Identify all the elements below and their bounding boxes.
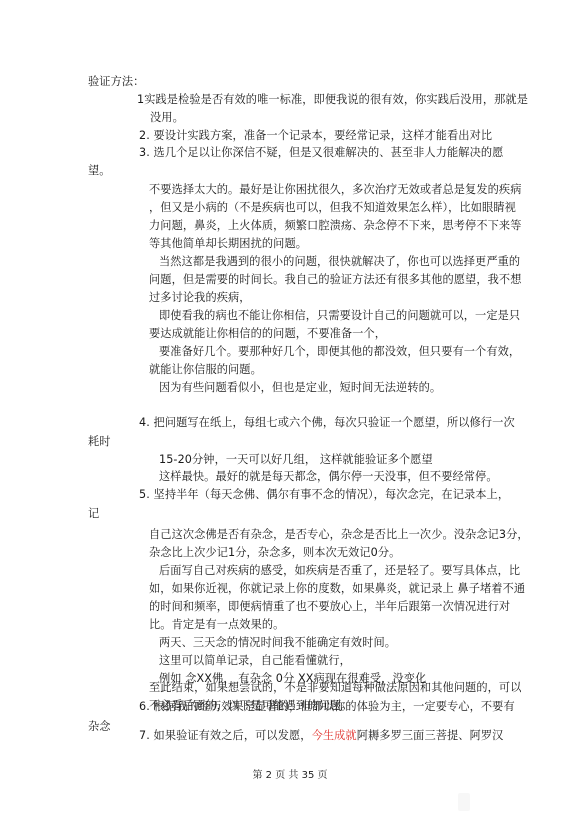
list-item-5: 5. 坚持半年（每天念佛、偶尔有事不念的情况），每次念完，在记录本上， bbox=[139, 487, 509, 503]
paragraph-line: 至此结束，如果想尝试的，不是非要知道每种做法原因和其他问题的，可以 bbox=[149, 680, 522, 696]
list-item-7: 7. 如果验证有效之后，可以发愿，今生成就阿耨多罗三面三菩提、阿罗汉 bbox=[139, 728, 503, 744]
paragraph-line: 当然这都是我遇到的很小的问题，很快就解决了，你也可以选择更严重的 bbox=[159, 254, 520, 270]
paragraph-line: 耗时 bbox=[88, 434, 111, 450]
paragraph-line: 两天、三天念的情况时间我不能确定有效时间。 bbox=[159, 635, 396, 651]
item-7-suffix: 阿耨多罗三面三菩提、阿罗汉 bbox=[357, 729, 504, 742]
paragraph-line: 杂念 bbox=[88, 719, 111, 735]
paragraph-line: 的时间和频率，即便病情重了也不要放心上，半年后跟第一次情况进行对 bbox=[149, 599, 510, 615]
document-page: 验证方法： 1实践是检验是否有效的唯一标准，即便我说的很有效，你实践后没用，那就… bbox=[0, 0, 580, 821]
page-footer: 第 2 页 共 35 页 bbox=[0, 766, 580, 781]
watermark-icon bbox=[458, 793, 470, 811]
paragraph-line: 如，如果你近视，你就记录上你的度数，如果鼻炎，就记录上 鼻子堵着不通 bbox=[149, 581, 525, 597]
paragraph-line: 后面写自己对疾病的感受，如疾病是否重了，还是轻了。要写具体点，比 bbox=[159, 563, 520, 579]
paragraph-line: 比。肯定是有一点效果的。 bbox=[149, 617, 284, 633]
paragraph-line: 等其他简单却长期困扰的问题。 bbox=[149, 236, 307, 252]
paragraph-line: 杂念比上次少记1分，杂念多，则本次无效记0分。 bbox=[149, 545, 400, 561]
paragraph-line: 过多讨论我的疾病， bbox=[149, 290, 251, 306]
paragraph-line: 要准备好几个。要那种好几个，即便其他的都没效，但只要有一个有效， bbox=[159, 344, 520, 360]
paragraph-line: 即使看我的病也不能让你相信，只需要设计自己的问题就可以，一定是只 bbox=[159, 308, 520, 324]
paragraph-line: 没用。 bbox=[150, 110, 184, 126]
paragraph-line: 1实践是检验是否有效的唯一标准，即便我说的很有效，你实践后没用，那就是 bbox=[137, 92, 528, 108]
paragraph-line: 望。 bbox=[88, 163, 111, 179]
paragraph-line: 15-20分钟，一天可以好几组， 这样就能验证多个愿望 bbox=[159, 452, 433, 468]
paragraph-line: 问题，但是需要的时间长。我自己的验证方法还有很多其他的愿望，我不想 bbox=[149, 272, 522, 288]
item-7-highlight: 今生成就 bbox=[312, 729, 357, 742]
paragraph-line: 这里可以简单记录，自己能看懂就行， bbox=[159, 653, 351, 669]
paragraph-line: 因为有些问题看似小，但也是定业，短时间无法逆转的。 bbox=[159, 380, 441, 396]
paragraph-line: 不要选择太大的。最好是让你困扰很久，多次治疗无效或者总是复发的疾病 bbox=[149, 182, 522, 198]
item-7-prefix: 7. 如果验证有效之后，可以发愿， bbox=[139, 729, 312, 742]
paragraph-line: 记 bbox=[88, 506, 99, 522]
paragraph-line: 就能让你信服的问题。 bbox=[149, 362, 262, 378]
paragraph-line: ，但又是小病的（不是疾病也可以，但我不知道效果怎么样），比如眼睛视 bbox=[149, 200, 516, 216]
paragraph-line: 力问题，鼻炎，上火体质，频繁口腔溃疡、杂念停不下来，思考停不下来等 bbox=[149, 218, 522, 234]
section-heading: 验证方法： bbox=[88, 74, 144, 90]
paragraph-line: 这样最快。最好的就是每天都念，偶尔停一天没事，但不要经常停。 bbox=[159, 469, 498, 485]
paragraph-line: 要达成就能让你相信的的问题，不要准备一个， bbox=[149, 326, 386, 342]
list-item-3: 3. 选几个足以让你深信不疑，但是又很难解决的、甚至非人力能解决的愿 bbox=[139, 145, 503, 161]
paragraph-line: 不必看后面的，以下是可能遇到的问题。 bbox=[149, 698, 352, 714]
paragraph-line: 自己这次念佛是否有杂念，是否专心，杂念是否比上一次少。没杂念记3分， bbox=[149, 527, 529, 543]
list-item-2: 2. 要设计实践方案，准备一个记录本，要经常记录，这样才能看出对比 bbox=[139, 128, 492, 144]
list-item-4: 4. 把问题写在纸上，每组七或六个佛，每次只验证一个愿望，所以修行一次 bbox=[139, 415, 515, 431]
